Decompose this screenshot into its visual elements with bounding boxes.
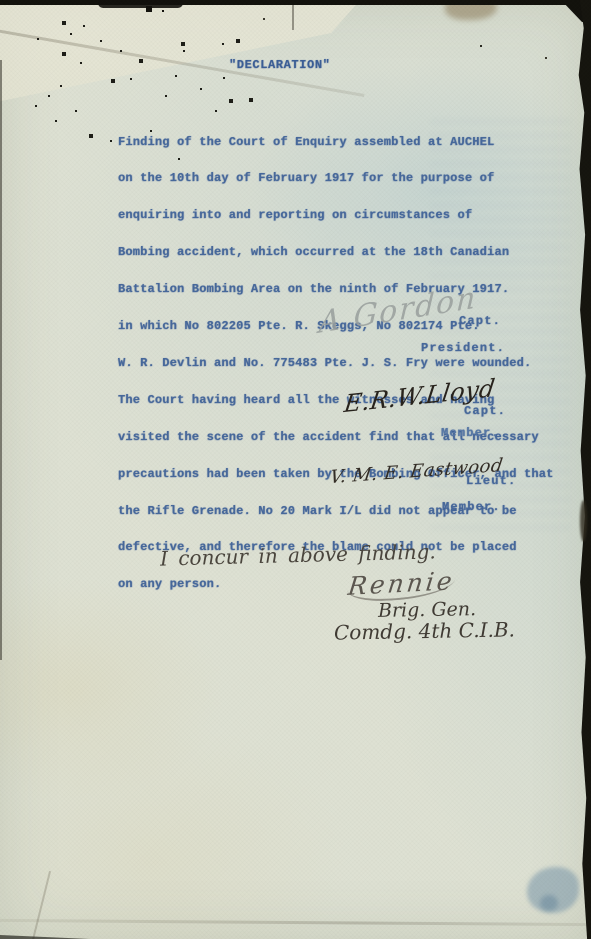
body-line: W. R. Devlin and No. 775483 Pte. J. S. F…	[118, 357, 568, 369]
president-role-label: President.	[421, 341, 505, 355]
body-line: on any person.	[118, 578, 568, 590]
document-title: "DECLARATION"	[229, 58, 330, 72]
scanned-document-page: "DECLARATION" Finding of the Court of En…	[0, 0, 591, 939]
member2-role-label: Member.	[442, 500, 501, 514]
scan-edge-top-notch	[98, 0, 183, 8]
body-line: Finding of the Court of Enquiry assemble…	[118, 136, 568, 148]
folded-corner	[0, 0, 360, 110]
scan-edge-bottom-left	[0, 935, 90, 939]
member2-rank-label: Lieut.	[466, 474, 516, 488]
member1-rank-label: Capt.	[464, 404, 506, 418]
scan-edge-top	[0, 0, 591, 5]
president-rank-label: Capt.	[459, 314, 501, 328]
bottom-left-crease	[31, 871, 51, 939]
body-line: Bombing accident, which occurred at the …	[118, 246, 568, 258]
scan-edge-right	[577, 0, 591, 939]
body-line: enquiring into and reporting on circumst…	[118, 209, 568, 221]
scan-edge-left	[0, 60, 2, 660]
document-body: Finding of the Court of Enquiry assemble…	[118, 111, 568, 615]
body-line: Battalion Bombing Area on the ninth of F…	[118, 283, 568, 295]
body-line: visited the scene of the accident find t…	[118, 431, 568, 443]
blue-ink-smudge-core	[540, 895, 558, 911]
bottom-crease	[0, 919, 591, 926]
member1-role-label: Member.	[441, 426, 500, 440]
scan-edge-right-blob	[580, 500, 587, 542]
body-line: on the 10th day of February 1917 for the…	[118, 172, 568, 184]
endorsement-unit: Comdg. 4th C.I.B.	[334, 617, 515, 644]
